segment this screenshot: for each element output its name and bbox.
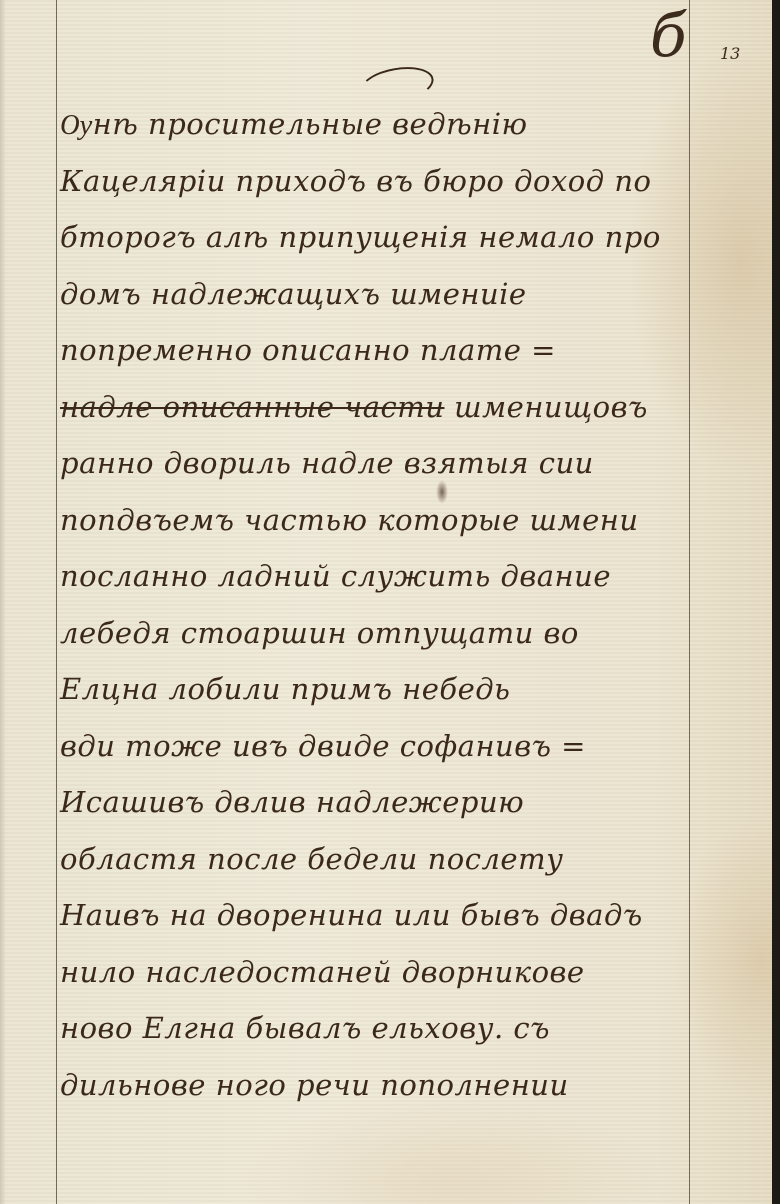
text-line-18: дильнове ного речи пополнении — [60, 1057, 740, 1114]
paper-edge-left — [0, 0, 6, 1204]
text-line-4: домъ надлежащихъ шмениіе — [60, 266, 740, 323]
text-line-9: посланно ладний служить двание — [60, 548, 740, 605]
struck-through-text: надле описанные части — [60, 390, 444, 424]
text-line-10: лебедя стоаршин отпущати во — [60, 605, 740, 662]
text-line-6-rest: шменищовъ — [444, 390, 647, 424]
text-line-14: областя после бедели послету — [60, 831, 740, 888]
handwritten-text: Ѹнѣ просительные ведѣнію Кацелярiи прихо… — [60, 96, 740, 1113]
folio-mark: б — [650, 6, 687, 66]
text-line-13: Исашивъ двлив надлежерию — [60, 774, 740, 831]
folio-number: 13 — [720, 44, 740, 63]
text-line-5: попременно описанно плате = — [60, 322, 740, 379]
text-line-12: вди тоже ивъ двиде софанивъ = — [60, 718, 740, 775]
text-line-16: нило наследостаней дворникове — [60, 944, 740, 1001]
manuscript-page: б 13 Ѹнѣ просительные ведѣнію Кацелярiи … — [0, 0, 772, 1204]
text-line-6: надле описанные части шменищовъ — [60, 379, 740, 436]
text-line-8: попдвъемъ частью которые шмени — [60, 492, 740, 549]
left-margin-rule — [56, 0, 57, 1204]
text-line-11: Елцна лобили примъ небедь — [60, 661, 740, 718]
text-line-17: ново Елгна бывалъ ельхову. съ — [60, 1000, 740, 1057]
text-line-7: ранно двориль надле взятыя сии — [60, 435, 740, 492]
text-line-15: Наивъ на дворенина или бывъ двадъ — [60, 887, 740, 944]
text-line-2: Кацелярiи приходъ въ бюро доход по — [60, 153, 740, 210]
scan-edge-right — [772, 0, 780, 1204]
text-line-1: Ѹнѣ просительные ведѣнію — [60, 96, 740, 153]
text-line-3: бторогъ алѣ припущенія немало про — [60, 209, 740, 266]
